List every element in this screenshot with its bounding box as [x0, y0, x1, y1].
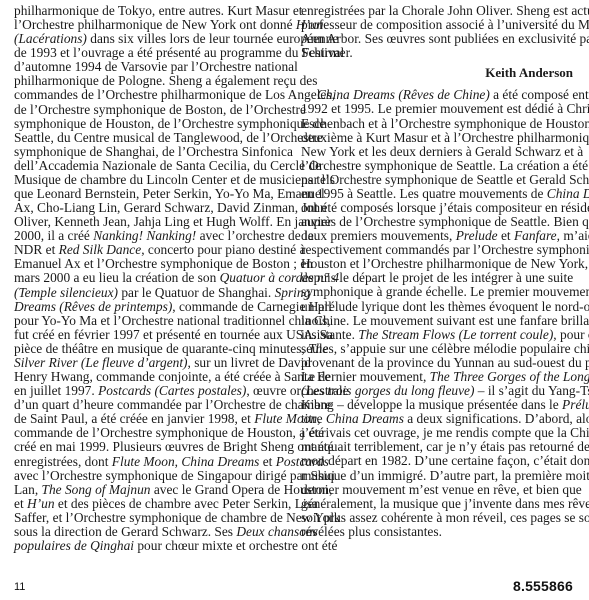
text-run: commandes de l’Orchestre philharmonique … — [14, 87, 335, 102]
text-run: par l’Orchestre symphonique de Seattle e… — [301, 172, 589, 187]
text-run: de l’Orchestre symphonique de Boston, de… — [14, 102, 306, 117]
text-run: pour Yo-Yo Ma et l’Orchestre national tr… — [14, 313, 331, 328]
text-line: Dreams (Rêves de printemps), commande de… — [14, 300, 286, 314]
text-run: enregistrées par la Chorale John Oliver.… — [301, 3, 589, 18]
text-run: depuis le départ le projet de les intégr… — [301, 270, 573, 285]
text-run: Emanuel Ax et l’Orchestre symphonique de… — [14, 256, 313, 271]
text-run: la Chine. Le mouvement suivant est une f… — [301, 313, 589, 328]
text-run: fut créé en février 1997 et présenté en … — [14, 327, 333, 342]
italic-title: China Dreams — [181, 454, 259, 469]
text-line: Oliver, Kenneth Jean, Jahja Ling et Hugh… — [14, 215, 286, 229]
left-column: philharmonique de Tokyo, entre autres. K… — [14, 4, 286, 553]
text-line: Schirmer. — [301, 46, 573, 60]
text-line: Ax, Cho-Liang Lin, Gerard Schwarz, David… — [14, 201, 286, 215]
text-run: Houston et l’Orchestre philharmonique de… — [301, 256, 589, 271]
text-line: (Les trois gorges du long fleuve) – il s… — [301, 384, 573, 398]
text-run: pièce de théâtre en musique de quarante-… — [14, 341, 308, 356]
text-run: philharmonique de Tokyo, entre autres. K… — [14, 3, 303, 18]
text-line: d’un quart d’heure commandée par l’Orche… — [14, 398, 286, 412]
text-run: symphonique de Shanghai, de l’Orchestra … — [14, 144, 293, 159]
text-line: l’Orchestre symphonique de Seattle. La c… — [301, 159, 573, 173]
china-dreams-paragraph: China Dreams (Rêves de Chine) a été comp… — [301, 88, 573, 539]
italic-title: Fanfare — [514, 228, 557, 243]
italic-title: Silver River (Le fleuve d’argent) — [14, 355, 188, 370]
text-line: pour Yo-Yo Ma et l’Orchestre national tr… — [14, 314, 286, 328]
text-run: Seattle, du Centre musical de Tanglewood… — [14, 130, 323, 145]
text-line: Seattle, du Centre musical de Tanglewood… — [14, 131, 286, 145]
text-run: New York et les deux derniers à Gerald S… — [301, 144, 583, 159]
text-line: deux premiers mouvements, Prelude et Fan… — [301, 229, 573, 243]
italic-title: H’un — [27, 496, 55, 511]
italic-title: The Three Gorges of the Long River — [430, 369, 589, 384]
text-run: sous la direction de Gerard Schwarz. Ses — [14, 524, 236, 539]
text-run: soit plus assez cohérente à mon réveil, … — [301, 510, 589, 525]
text-line: Ann Arbor. Ses œuvres sont publiées en e… — [301, 32, 573, 46]
biography-paragraph-end: enregistrées par la Chorale John Oliver.… — [301, 4, 573, 60]
text-line: dernier mouvement m’est venue en rêve, e… — [301, 483, 573, 497]
text-line: dell’Accademia Nazionale de Santa Cecili… — [14, 159, 286, 173]
text-run: l’Orchestre philharmonique de New York o… — [14, 17, 296, 32]
text-line: auprès de l’Orchestre symphonique de Sea… — [301, 215, 573, 229]
text-run: mon départ en 1982. D’une certaine façon… — [301, 453, 589, 468]
italic-title: (Lacérations) — [14, 31, 87, 46]
text-line: insistante. The Stream Flows (Le torrent… — [301, 328, 573, 342]
text-run: symphonique de Houston, de l’Orchestre s… — [14, 116, 325, 131]
text-line: la Chine. Le mouvement suivant est une f… — [301, 314, 573, 328]
text-run: et — [259, 454, 275, 469]
text-line: révélées plus consistantes. — [301, 525, 573, 539]
text-run: , pour cordes — [553, 327, 589, 342]
text-line: symphonique de Houston, de l’Orchestre s… — [14, 117, 286, 131]
italic-title: Prélude — [562, 397, 589, 412]
text-line: Henry Hwang, commande conjointe, a été c… — [14, 370, 286, 384]
text-run: Musique de chambre du Lincoln Center et … — [14, 172, 335, 187]
text-line: sous la direction de Gerard Schwarz. Ses… — [14, 525, 286, 539]
italic-title: (Les trois gorges du long fleuve) — [301, 383, 474, 398]
text-run: deux premiers mouvements, — [301, 228, 456, 243]
text-line: généralement, la musique que j’invente d… — [301, 497, 573, 511]
text-run: en juillet 1997. — [14, 383, 98, 398]
page-number: 11 — [14, 581, 25, 593]
italic-title: China Dreams — [326, 411, 404, 426]
text-line: d’automne 1994 de Varsovie par l’Orchest… — [14, 60, 286, 74]
text-line: Emanuel Ax et l’Orchestre symphonique de… — [14, 257, 286, 271]
text-line: pièce de théâtre en musique de quarante-… — [14, 342, 286, 356]
italic-title: The Song of Majnun — [42, 482, 151, 497]
text-line: philharmonique de Tokyo, entre autres. K… — [14, 4, 286, 18]
text-line: que Leonard Bernstein, Peter Serkin, Yo-… — [14, 187, 286, 201]
text-run: révélées plus consistantes. — [301, 524, 442, 539]
author-signature: Keith Anderson — [301, 66, 573, 80]
text-run: mars 2000 a eu lieu la création de son — [14, 270, 220, 285]
text-run: Le dernier mouvement, — [301, 369, 430, 384]
text-run: d’automne 1994 de Varsovie par l’Orchest… — [14, 59, 298, 74]
text-line: Saffer, et l’Orchestre symphonique de ch… — [14, 511, 286, 525]
text-line: (Temple silencieux) par le Quatuor de Sh… — [14, 286, 286, 300]
text-run: et des pièces de chambre avec Peter Serk… — [55, 496, 318, 511]
text-line: depuis le départ le projet de les intégr… — [301, 271, 573, 285]
text-line: Le dernier mouvement, The Three Gorges o… — [301, 370, 573, 384]
text-run: a deux significations. D’abord, alors qu… — [404, 411, 589, 426]
text-run: deuxième à Kurt Masur et à l’Orchestre p… — [301, 130, 589, 145]
text-run: NDR et — [14, 242, 59, 257]
italic-title: Nanking! Nanking! — [93, 228, 196, 243]
text-run: insistante. — [301, 327, 358, 342]
text-run: provenant de la province du Yunnan au su… — [301, 355, 589, 370]
text-run: manquait terriblement, car je n’y étais … — [301, 439, 589, 454]
text-line: philharmonique de Pologne. Sheng a égale… — [14, 74, 286, 88]
text-run: respectivement commandés par l’Orchestre… — [301, 242, 589, 257]
text-line: NDR et Red Silk Dance, concerto pour pia… — [14, 243, 286, 257]
text-run: – il s’agit du Yang-Tseu- — [474, 383, 589, 398]
catalogue-number: 8.555866 — [513, 578, 573, 594]
text-line: (Lacérations) dans six villes lors de le… — [14, 32, 286, 46]
text-run: Henry Hwang, commande conjointe, a été c… — [14, 369, 330, 384]
text-line: commande de l’Orchestre symphonique de H… — [14, 426, 286, 440]
text-run: Eschenbach et à l’Orchestre symphonique … — [301, 116, 589, 131]
text-line: j’écrivais cet ouvrage, je me rendis com… — [301, 426, 573, 440]
text-run: dernier mouvement m’est venue en rêve, e… — [301, 482, 582, 497]
text-run: ont été composés lorsque j’étais composi… — [301, 200, 589, 215]
text-line: provenant de la province du Yunnan au su… — [301, 356, 573, 370]
text-run: de 1993 et l’ouvrage a été présenté au p… — [14, 45, 344, 60]
text-line: New York et les deux derniers à Gerald S… — [301, 145, 573, 159]
italic-title: Red Silk Dance — [59, 242, 142, 257]
italic-title: China Dreams (Rêves de Chine) — [317, 87, 490, 102]
text-run: pour chœur mixte et orchestre ont été — [134, 538, 337, 553]
text-line: respectivement commandés par l’Orchestre… — [301, 243, 573, 257]
text-line: deuxième à Kurt Masur et à l’Orchestre p… — [301, 131, 573, 145]
text-line: commandes de l’Orchestre philharmonique … — [14, 88, 286, 102]
text-run: Ann Arbor. Ses œuvres sont publiées en e… — [301, 31, 589, 46]
italic-title: Postcards (Cartes postales) — [98, 383, 246, 398]
text-run: en 1995 à Seattle. Les quatre mouvements… — [301, 186, 547, 201]
text-run: avec l’orchestre de la — [196, 228, 313, 243]
text-line: Silver River (Le fleuve d’argent), sur u… — [14, 356, 286, 370]
text-line: Eschenbach et à l’Orchestre symphonique … — [301, 117, 573, 131]
text-line: professeur de composition associé à l’un… — [301, 18, 573, 32]
text-line: mars 2000 a eu lieu la création de son Q… — [14, 271, 286, 285]
italic-title: (Temple silencieux) — [14, 285, 118, 300]
text-run: créé en mai 1999. Plusieurs œuvres de Br… — [14, 439, 333, 454]
text-run: philharmonique de Pologne. Sheng a égale… — [14, 73, 317, 88]
text-line: seules, s’appuie sur une célèbre mélodie… — [301, 342, 573, 356]
text-line: de l’Orchestre symphonique de Boston, de… — [14, 103, 286, 117]
text-run: Oliver, Kenneth Jean, Jahja Ling et Hugh… — [14, 214, 332, 229]
text-run: et — [498, 228, 514, 243]
text-line: de Saint Paul, a été créée en janvier 19… — [14, 412, 286, 426]
right-column: enregistrées par la Chorale John Oliver.… — [301, 4, 573, 539]
text-run: l’Orchestre symphonique de Seattle. La c… — [301, 158, 589, 173]
text-run: généralement, la musique que j’invente d… — [301, 496, 589, 511]
text-run: un prélude lyrique dont les thèmes évoqu… — [301, 299, 589, 314]
italic-title: China Dreams — [547, 186, 589, 201]
text-line: symphonique de Shanghai, de l’Orchestra … — [14, 145, 286, 159]
text-run: 2000, il a créé — [14, 228, 93, 243]
italic-title: Dreams (Rêves de printemps) — [14, 299, 172, 314]
text-line: de 1993 et l’ouvrage a été présenté au p… — [14, 46, 286, 60]
text-line: l’Orchestre philharmonique de New York o… — [14, 18, 286, 32]
text-line: soit plus assez cohérente à mon réveil, … — [301, 511, 573, 525]
text-line: musique d’un immigré. D’autre part, la p… — [301, 469, 573, 483]
text-run: que Leonard Bernstein, Peter Serkin, Yo-… — [14, 186, 325, 201]
text-run: d’un quart d’heure commandée par l’Orche… — [14, 397, 331, 412]
text-run: auprès de l’Orchestre symphonique de Sea… — [301, 214, 589, 229]
text-line: en juillet 1997. Postcards (Cartes posta… — [14, 384, 286, 398]
text-run: titre — [301, 411, 326, 426]
text-line: 1992 et 1995. Le premier mouvement est d… — [301, 102, 573, 116]
text-line: en 1995 à Seattle. Les quatre mouvements… — [301, 187, 573, 201]
text-run: , m’aient été — [557, 228, 589, 243]
text-line: 2000, il a créé Nanking! Nanking! avec l… — [14, 229, 286, 243]
text-run: par le Quatuor de Shanghai. — [118, 285, 275, 300]
text-run: Ax, Cho-Liang Lin, Gerard Schwarz, David… — [14, 200, 327, 215]
text-run: Schirmer. — [301, 45, 353, 60]
text-run: j’écrivais cet ouvrage, je me rendis com… — [301, 425, 589, 440]
text-run: Kiang – développe la musique présentée d… — [301, 397, 562, 412]
text-line: un prélude lyrique dont les thèmes évoqu… — [301, 300, 573, 314]
italic-title: populaires de Qinghai — [14, 538, 134, 553]
text-run: 1992 et 1995. Le premier mouvement est d… — [301, 101, 589, 116]
text-line: fut créé en février 1997 et présenté en … — [14, 328, 286, 342]
text-line: enregistrées par la Chorale John Oliver.… — [301, 4, 573, 18]
text-line: populaires de Qinghai pour chœur mixte e… — [14, 539, 286, 553]
text-line: créé en mai 1999. Plusieurs œuvres de Br… — [14, 440, 286, 454]
text-line: titre China Dreams a deux significations… — [301, 412, 573, 426]
text-run: et — [14, 496, 27, 511]
italic-title: Flute Moon — [112, 454, 175, 469]
text-run: Saffer, et l’Orchestre symphonique de ch… — [14, 510, 340, 525]
text-run: enregistrées, dont — [14, 454, 112, 469]
text-line: ont été composés lorsque j’étais composi… — [301, 201, 573, 215]
text-line: Houston et l’Orchestre philharmonique de… — [301, 257, 573, 271]
text-line: China Dreams (Rêves de Chine) a été comp… — [301, 88, 573, 102]
biography-paragraph-continued: philharmonique de Tokyo, entre autres. K… — [14, 4, 286, 553]
text-run: avec l’Orchestre symphonique de Singapou… — [14, 468, 335, 483]
text-line: mon départ en 1982. D’une certaine façon… — [301, 454, 573, 468]
text-line: par l’Orchestre symphonique de Seattle e… — [301, 173, 573, 187]
text-run: , concerto pour piano destiné à — [141, 242, 305, 257]
text-line: et H’un et des pièces de chambre avec Pe… — [14, 497, 286, 511]
text-run: symphonique à grande échelle. Le premier… — [301, 284, 589, 299]
text-line: Kiang – développe la musique présentée d… — [301, 398, 573, 412]
text-line: symphonique à grande échelle. Le premier… — [301, 285, 573, 299]
text-line: manquait terriblement, car je n’y étais … — [301, 440, 573, 454]
text-line: Lan, The Song of Majnun avec le Grand Op… — [14, 483, 286, 497]
text-run: de Saint Paul, a été créée en janvier 19… — [14, 411, 254, 426]
text-run: professeur de composition associé à l’un… — [301, 17, 589, 32]
italic-title: Prelude — [456, 228, 498, 243]
text-run: Lan, — [14, 482, 42, 497]
text-run: dell’Accademia Nazionale de Santa Cecili… — [14, 158, 321, 173]
text-run: a été composé entre — [490, 87, 589, 102]
text-line: enregistrées, dont Flute Moon, China Dre… — [14, 455, 286, 469]
text-run: seules, s’appuie sur une célèbre mélodie… — [301, 341, 589, 356]
italic-title: The Stream Flows (Le torrent coule) — [358, 327, 553, 342]
text-line: avec l’Orchestre symphonique de Singapou… — [14, 469, 286, 483]
text-run: musique d’un immigré. D’autre part, la p… — [301, 468, 589, 483]
text-line: Musique de chambre du Lincoln Center et … — [14, 173, 286, 187]
text-run: commande de l’Orchestre symphonique de H… — [14, 425, 324, 440]
text-run: , sur un livret de David — [188, 355, 311, 370]
